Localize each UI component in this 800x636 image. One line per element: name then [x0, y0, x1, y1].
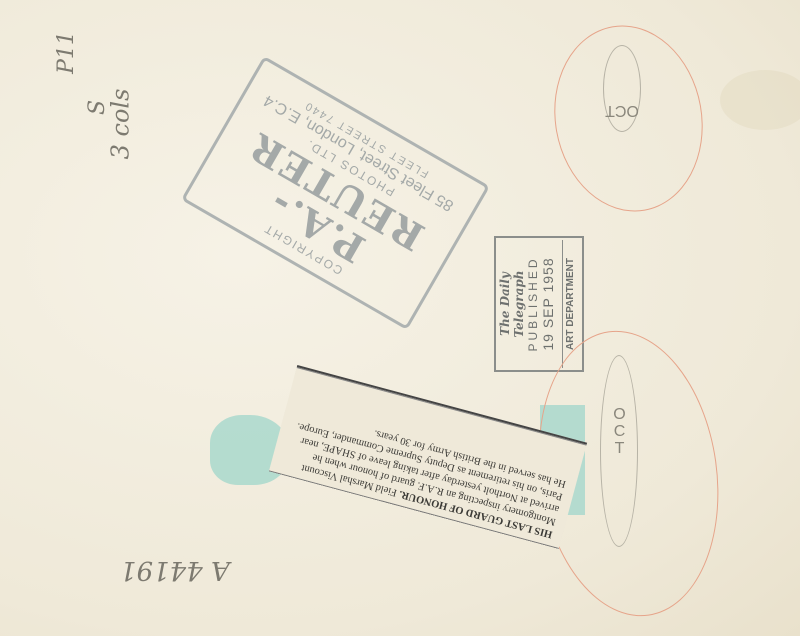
pa-reuter-copyright-stamp: COPYRIGHT P.A.-REUTER PHOTOS LTD. 85 Fle… — [181, 56, 490, 330]
photo-back-paper: P11 S 3 cols A 44191 COPYRIGHT P.A.-REUT… — [0, 0, 800, 636]
pencil-oval-note: OCT — [603, 45, 641, 132]
pencil-note-number: A 44191 — [120, 555, 230, 585]
stamp-status: PUBLISHED — [526, 240, 540, 368]
oval-text: OCT — [610, 406, 628, 457]
pencil-oval-note: OCT — [600, 355, 638, 547]
pencil-note-page: P11 — [54, 31, 79, 74]
stamp-masthead: The Daily Telegraph — [498, 240, 526, 368]
water-stain — [720, 70, 800, 130]
newspaper-caption-clipping: HIS LAST GUARD OF HONOUR. Field Marshal … — [269, 365, 587, 549]
pencil-note-cols: 3 cols — [106, 89, 134, 160]
clipping-body: Field Marshal Viscount Montgomery inspec… — [296, 420, 567, 527]
stamp-date: 19 SEP 1958 — [540, 240, 556, 368]
oval-text: OCT — [604, 101, 640, 119]
